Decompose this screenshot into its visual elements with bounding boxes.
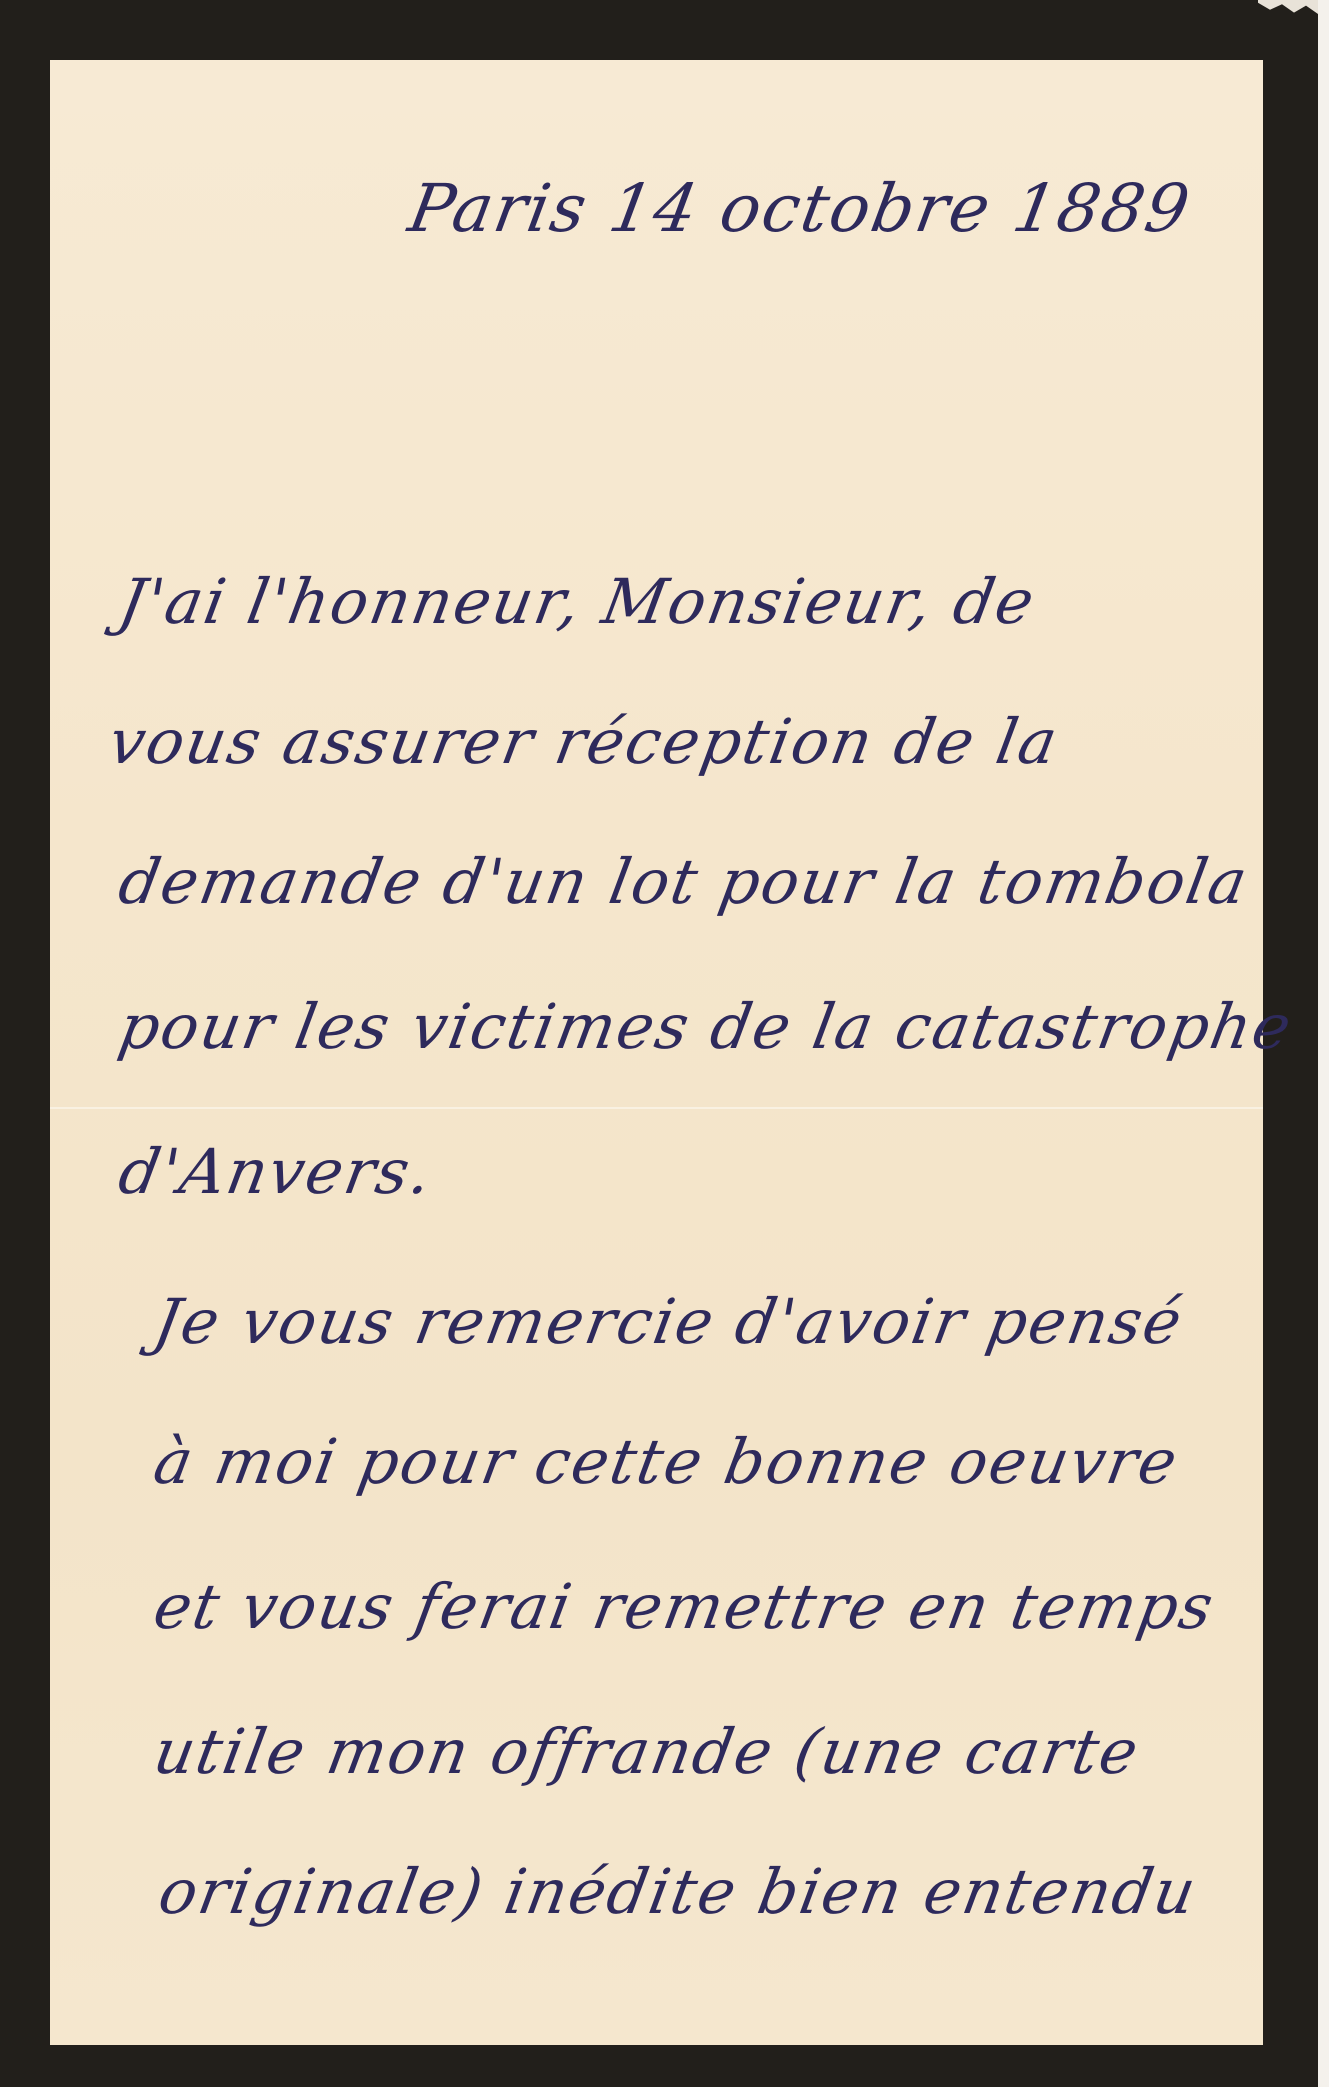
letter-dateline: Paris 14 octobre 1889 [403, 170, 1197, 247]
letter-line: demande d'un lot pour la tombola [114, 845, 1255, 918]
letter-line: vous assurer réception de la [104, 705, 1065, 778]
letter-line: pour les victimes de la catastrophe [114, 990, 1299, 1063]
torn-corner [1258, 0, 1318, 14]
letter-line: utile mon offrande (une carte [149, 1715, 1146, 1788]
fold-crease [50, 1107, 1263, 1109]
letter-line: d'Anvers. [114, 1135, 439, 1208]
letter-line: Je vous remercie d'avoir pensé [149, 1285, 1189, 1358]
letter-line: J'ai l'honneur, Monsieur, de [114, 565, 1042, 638]
letter-line: et vous ferai remettre en temps [149, 1570, 1221, 1643]
letter-line: à moi pour cette bonne oeuvre [149, 1425, 1185, 1498]
letter-paper: Paris 14 octobre 1889 J'ai l'honneur, Mo… [50, 60, 1263, 2045]
mourning-border-card: Paris 14 octobre 1889 J'ai l'honneur, Mo… [0, 0, 1318, 2087]
letter-line: originale) inédite bien entendu [154, 1855, 1203, 1928]
